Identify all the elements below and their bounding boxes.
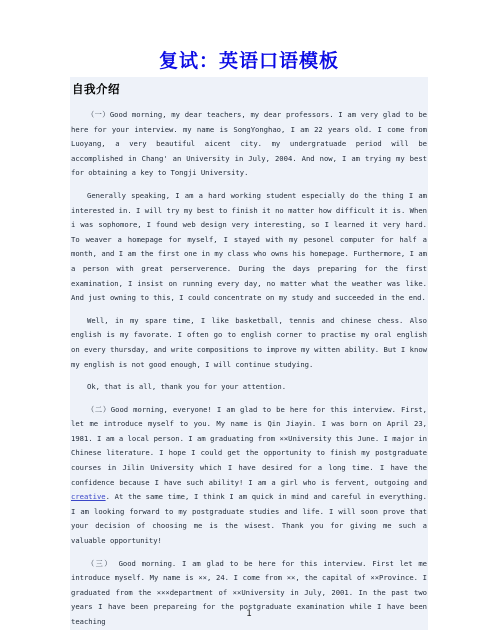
page-title: 复试：英语口语模板 [0, 46, 498, 73]
paragraph-text: . At the same time, I think I am quick i… [71, 492, 427, 545]
paragraph: （一）Good morning, my dear teachers, my de… [71, 108, 427, 181]
content-area: 自我介绍 （一）Good morning, my dear teachers, … [70, 77, 428, 630]
creative-link[interactable]: creative [71, 492, 106, 501]
document-page: 复试：英语口语模板 自我介绍 （一）Good morning, my dear … [0, 0, 498, 630]
paragraph-text: （二）Good morning, everyone! I am glad to … [71, 405, 427, 487]
paragraph: Ok, that is all, thank you for your atte… [71, 380, 427, 395]
section-heading: 自我介绍 [72, 81, 427, 97]
paragraph: Well, in my spare time, I like basketbal… [71, 314, 427, 372]
page-number: 1 [0, 609, 498, 619]
paragraph: （二）Good morning, everyone! I am glad to … [71, 403, 427, 549]
paragraph: Generally speaking, I am a hard working … [71, 189, 427, 306]
